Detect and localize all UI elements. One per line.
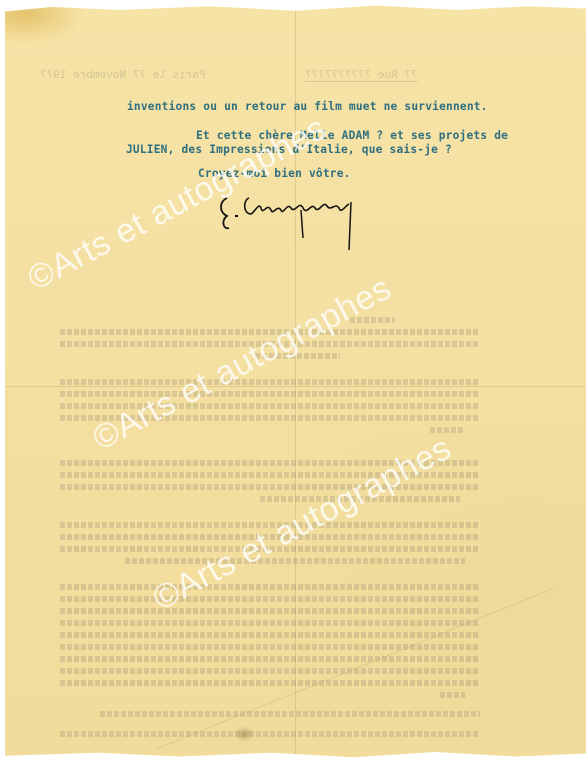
mirrored-header-date: Paris le ?? Novembre 19?? [40,68,206,81]
letter-sheet: Paris le ?? Novembre 19?? ?? Rue ???????… [5,4,586,758]
typed-line-2: Et cette chère Melle ADAM ? et ses proje… [196,129,508,142]
ink-stain [237,729,251,739]
signature [215,190,365,260]
mirrored-header-address: ?? Rue ?????????? [305,68,418,82]
horizontal-fold [5,386,586,387]
typed-line-1: inventions ou un retour au film muet ne … [127,100,488,113]
